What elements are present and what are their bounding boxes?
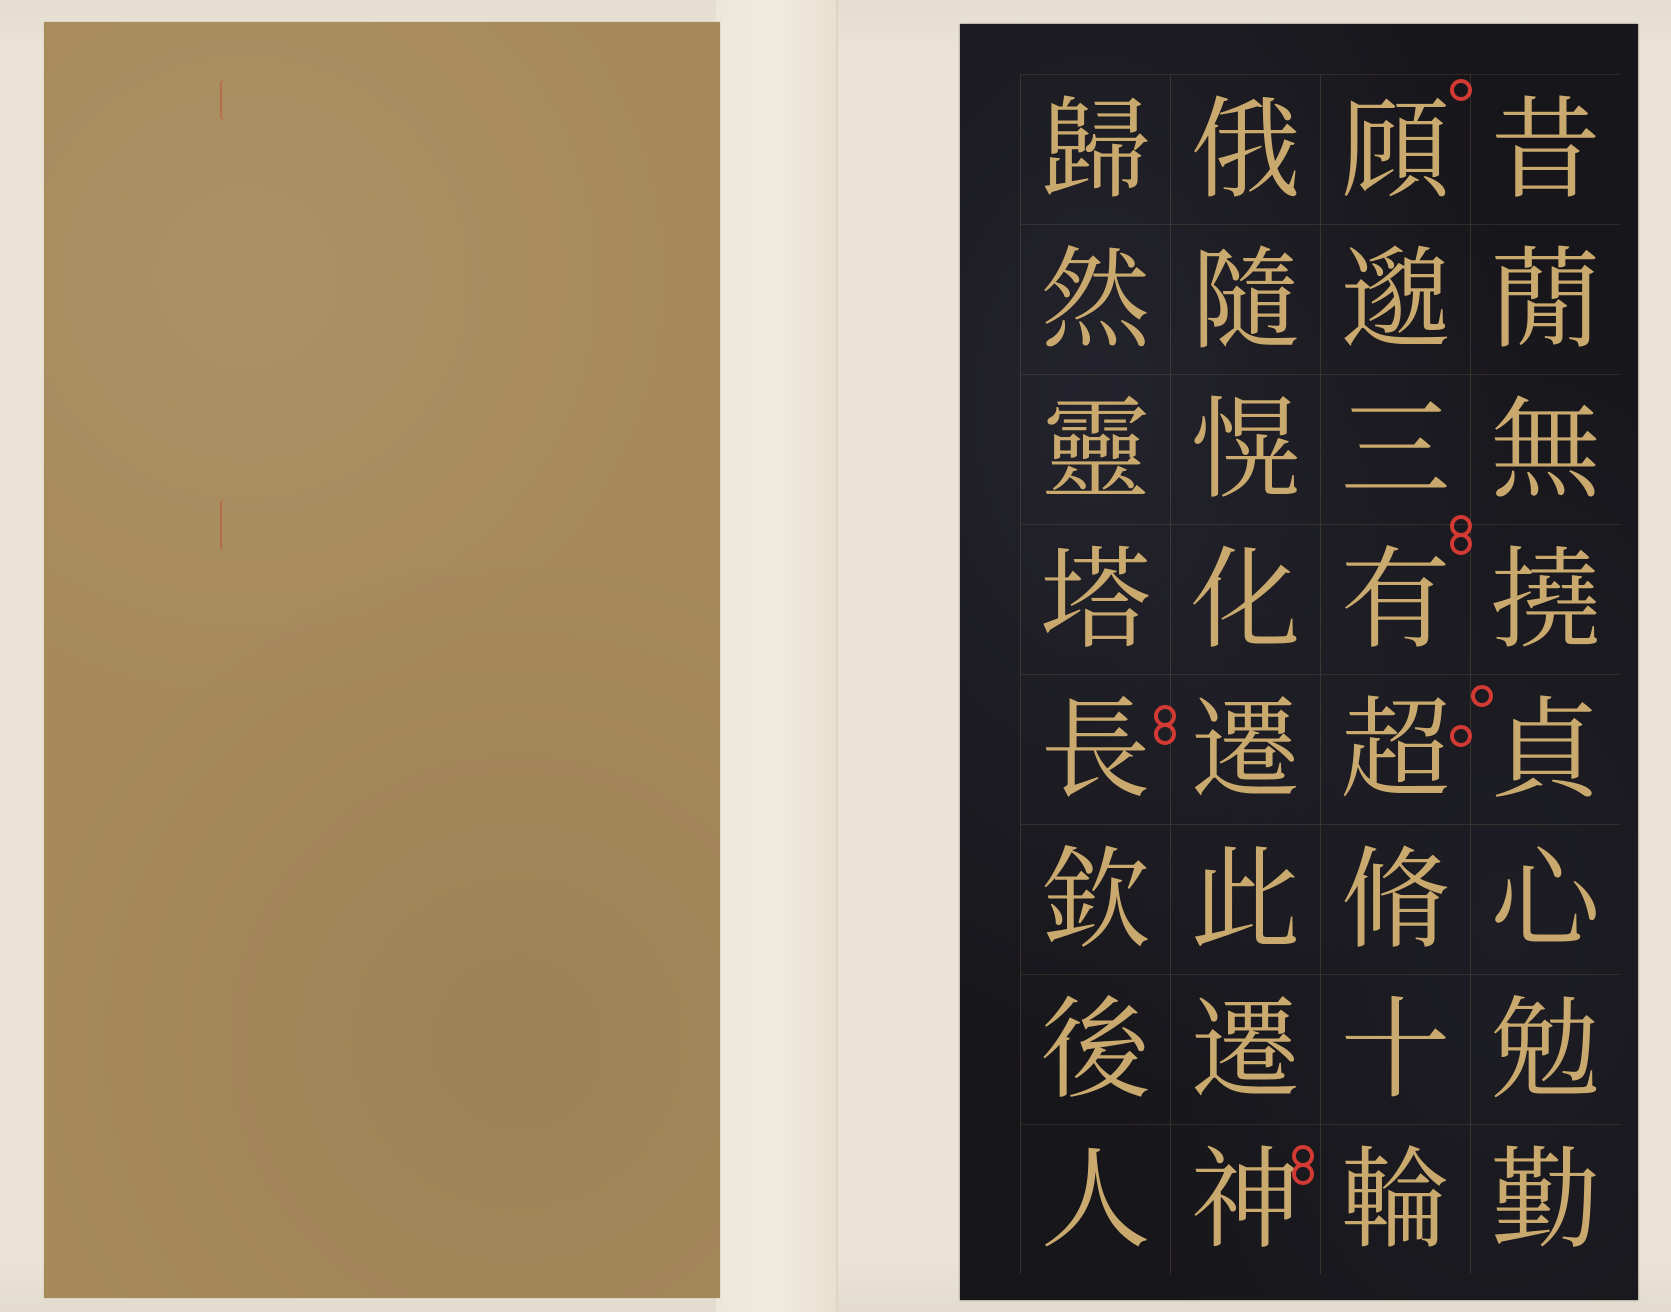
character-cell: 歸 (1021, 74, 1170, 224)
red-double-circle-punctuation-icon (1292, 1145, 1314, 1167)
character-cell: 神 (1171, 1124, 1320, 1274)
character-cell: 遷 (1171, 974, 1320, 1124)
left-leaf-blank-paper (44, 22, 720, 1298)
character: 三 (1341, 395, 1451, 505)
character: 遷 (1191, 695, 1301, 805)
character: 隨 (1191, 245, 1301, 355)
character-cell: 貞 (1471, 674, 1620, 824)
character-cell: 靈 (1021, 374, 1170, 524)
character-cell: 此 (1171, 824, 1320, 974)
character-cell: 有 (1321, 524, 1470, 674)
fold-line (836, 0, 838, 1312)
red-circle-punctuation-icon (1471, 685, 1493, 707)
text-column: 頋 邈 三 有 超 脩 十 輪 (1320, 74, 1470, 1274)
character: 長 (1041, 695, 1151, 805)
character: 撓 (1491, 545, 1601, 655)
character-cell: 超 (1321, 674, 1470, 824)
seal-trace-mark (220, 80, 236, 120)
character-cell: 隨 (1171, 224, 1320, 374)
character: 後 (1041, 995, 1151, 1105)
red-circle-punctuation-icon (1450, 725, 1472, 747)
character: 欽 (1041, 845, 1151, 955)
character: 脩 (1341, 845, 1451, 955)
red-circle-punctuation-icon (1450, 79, 1472, 101)
character: 人 (1041, 1145, 1151, 1255)
character-grid: 昔 蕑 無 撓 貞 心 勉 勤 頋 邈 三 有 超 脩 十 輪 俄 隨 愰 化 … (1020, 74, 1620, 1274)
character-cell: 後 (1021, 974, 1170, 1124)
text-column: 俄 隨 愰 化 遷 此 遷 神 (1170, 74, 1320, 1274)
character: 勤 (1491, 1145, 1601, 1255)
character-cell: 化 (1171, 524, 1320, 674)
character-cell: 三 (1321, 374, 1470, 524)
character: 靈 (1041, 395, 1151, 505)
character-cell: 頋 (1321, 74, 1470, 224)
character: 俄 (1191, 95, 1301, 205)
character: 輪 (1341, 1145, 1451, 1255)
character: 遷 (1191, 995, 1301, 1105)
character: 十 (1341, 995, 1451, 1105)
character-cell: 昔 (1471, 74, 1620, 224)
right-leaf-rubbing: 昔 蕑 無 撓 貞 心 勉 勤 頋 邈 三 有 超 脩 十 輪 俄 隨 愰 化 … (960, 24, 1638, 1300)
character: 昔 (1491, 95, 1601, 205)
character-cell: 勤 (1471, 1124, 1620, 1274)
character-cell: 欽 (1021, 824, 1170, 974)
album-gutter (716, 0, 836, 1312)
character: 神 (1191, 1145, 1301, 1255)
character: 歸 (1041, 95, 1151, 205)
character: 蕑 (1491, 245, 1601, 355)
character-cell: 俄 (1171, 74, 1320, 224)
character: 貞 (1491, 695, 1601, 805)
character: 超 (1341, 695, 1451, 805)
seal-trace-mark (220, 500, 236, 550)
character: 邈 (1341, 245, 1451, 355)
character: 塔 (1041, 545, 1151, 655)
character-cell: 塔 (1021, 524, 1170, 674)
character-cell: 人 (1021, 1124, 1170, 1274)
character: 心 (1491, 845, 1601, 955)
character: 有 (1341, 545, 1451, 655)
character: 然 (1041, 245, 1151, 355)
character-cell: 勉 (1471, 974, 1620, 1124)
character-cell: 無 (1471, 374, 1620, 524)
character-cell: 脩 (1321, 824, 1470, 974)
character-cell: 撓 (1471, 524, 1620, 674)
character-cell: 遷 (1171, 674, 1320, 824)
character: 愰 (1191, 395, 1301, 505)
character: 此 (1191, 845, 1301, 955)
text-column: 歸 然 靈 塔 長 欽 後 人 (1020, 74, 1170, 1274)
character-cell: 愰 (1171, 374, 1320, 524)
character: 化 (1191, 545, 1301, 655)
red-double-circle-punctuation-icon (1450, 515, 1472, 537)
character-cell: 十 (1321, 974, 1470, 1124)
text-column: 昔 蕑 無 撓 貞 心 勉 勤 (1470, 74, 1620, 1274)
red-double-circle-punctuation-icon (1154, 705, 1176, 727)
character-cell: 邈 (1321, 224, 1470, 374)
character-cell: 輪 (1321, 1124, 1470, 1274)
character: 勉 (1491, 995, 1601, 1105)
character: 無 (1491, 395, 1601, 505)
character: 頋 (1341, 95, 1451, 205)
character-cell: 心 (1471, 824, 1620, 974)
character-cell: 然 (1021, 224, 1170, 374)
character-cell: 蕑 (1471, 224, 1620, 374)
character-cell: 長 (1021, 674, 1170, 824)
